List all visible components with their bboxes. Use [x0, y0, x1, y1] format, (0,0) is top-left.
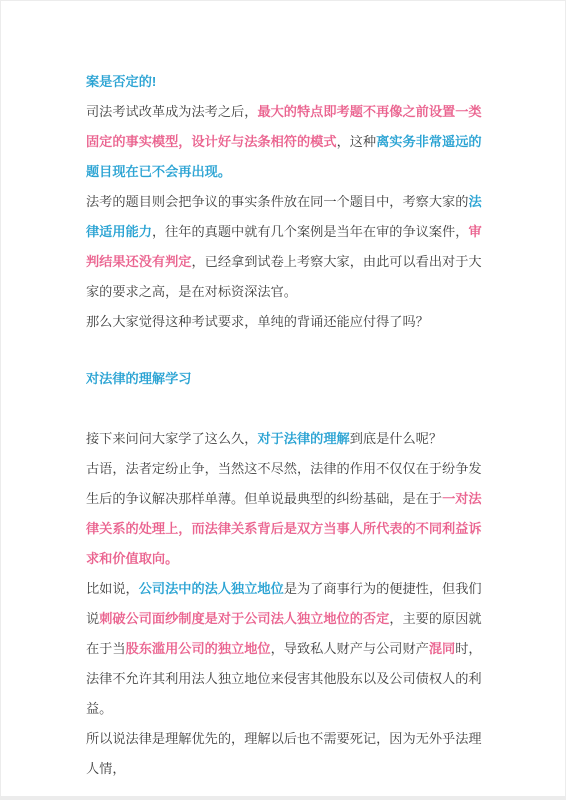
text-segment: 对于法律的理解	[257, 431, 349, 446]
paragraph: 法考的题目则会把争议的事实条件放在同一个题目中，考察大家的法律适用能力，往年的真…	[86, 187, 483, 307]
text-segment: ，导致私人财产与公司财产	[271, 641, 429, 656]
text-segment: 混同	[429, 641, 455, 656]
text-segment: 公司法中的法人独立地位	[139, 581, 284, 596]
paragraph: 案是否定的!	[86, 67, 483, 97]
text-segment: 古语，法者定纷止争，当然这不尽然，法律的作用不仅仅在于纷争发生后的争议解决那样单…	[86, 461, 482, 506]
paragraph: 那么大家觉得这种考试要求，单纯的背诵还能应付得了吗？	[86, 307, 483, 337]
text-segment: 股东滥用公司的独立地位	[126, 641, 271, 656]
paragraph: 所以说法律是理解优先的，理解以后也不需要死记，因为无外乎法理人情，	[86, 724, 483, 784]
text-segment: ，往年的真题中就有几个案例是当年在审的争议案件，	[152, 224, 469, 239]
paragraph: 比如说，公司法中的法人独立地位是为了商事行为的便捷性，但我们说刺破公司面纱制度是…	[86, 574, 483, 724]
section-heading: 对法律的理解学习	[86, 364, 483, 394]
text-segment: 司法考试改革成为法考之后，	[86, 104, 257, 119]
document-page: 案是否定的!司法考试改革成为法考之后，最大的特点即考题不再像之前设置一类固定的事…	[0, 0, 566, 800]
text-segment: 法考的题目则会把争议的事实条件放在同一个题目中，考察大家的	[86, 194, 468, 209]
paragraph: 古语，法者定纷止争，当然这不尽然，法律的作用不仅仅在于纷争发生后的争议解决那样单…	[86, 454, 483, 574]
text-segment: 所以说法律是理解优先的，理解以后也不需要死记，因为无外乎法理人情，	[86, 731, 482, 776]
text-segment: 对法律的理解学习	[86, 371, 192, 386]
paragraph: 接下来问问大家学了这么久，对于法律的理解到底是什么呢？	[86, 424, 483, 454]
text-segment: 接下来问问大家学了这么久，	[86, 431, 257, 446]
paragraph: 司法考试改革成为法考之后，最大的特点即考题不再像之前设置一类固定的事实模型，设计…	[86, 97, 483, 187]
text-segment: 案是否定的!	[86, 74, 156, 89]
text-segment: 比如说，	[86, 581, 139, 596]
text-segment: 刺破公司面纱制度是对于公司法人独立地位的否定	[99, 611, 389, 626]
text-segment: 到底是什么呢？	[350, 431, 442, 446]
text-segment: 那么大家觉得这种考试要求，单纯的背诵还能应付得了吗？	[86, 314, 429, 329]
text-segment: ，这种	[337, 134, 377, 149]
article-body: 案是否定的!司法考试改革成为法考之后，最大的特点即考题不再像之前设置一类固定的事…	[1, 1, 566, 784]
